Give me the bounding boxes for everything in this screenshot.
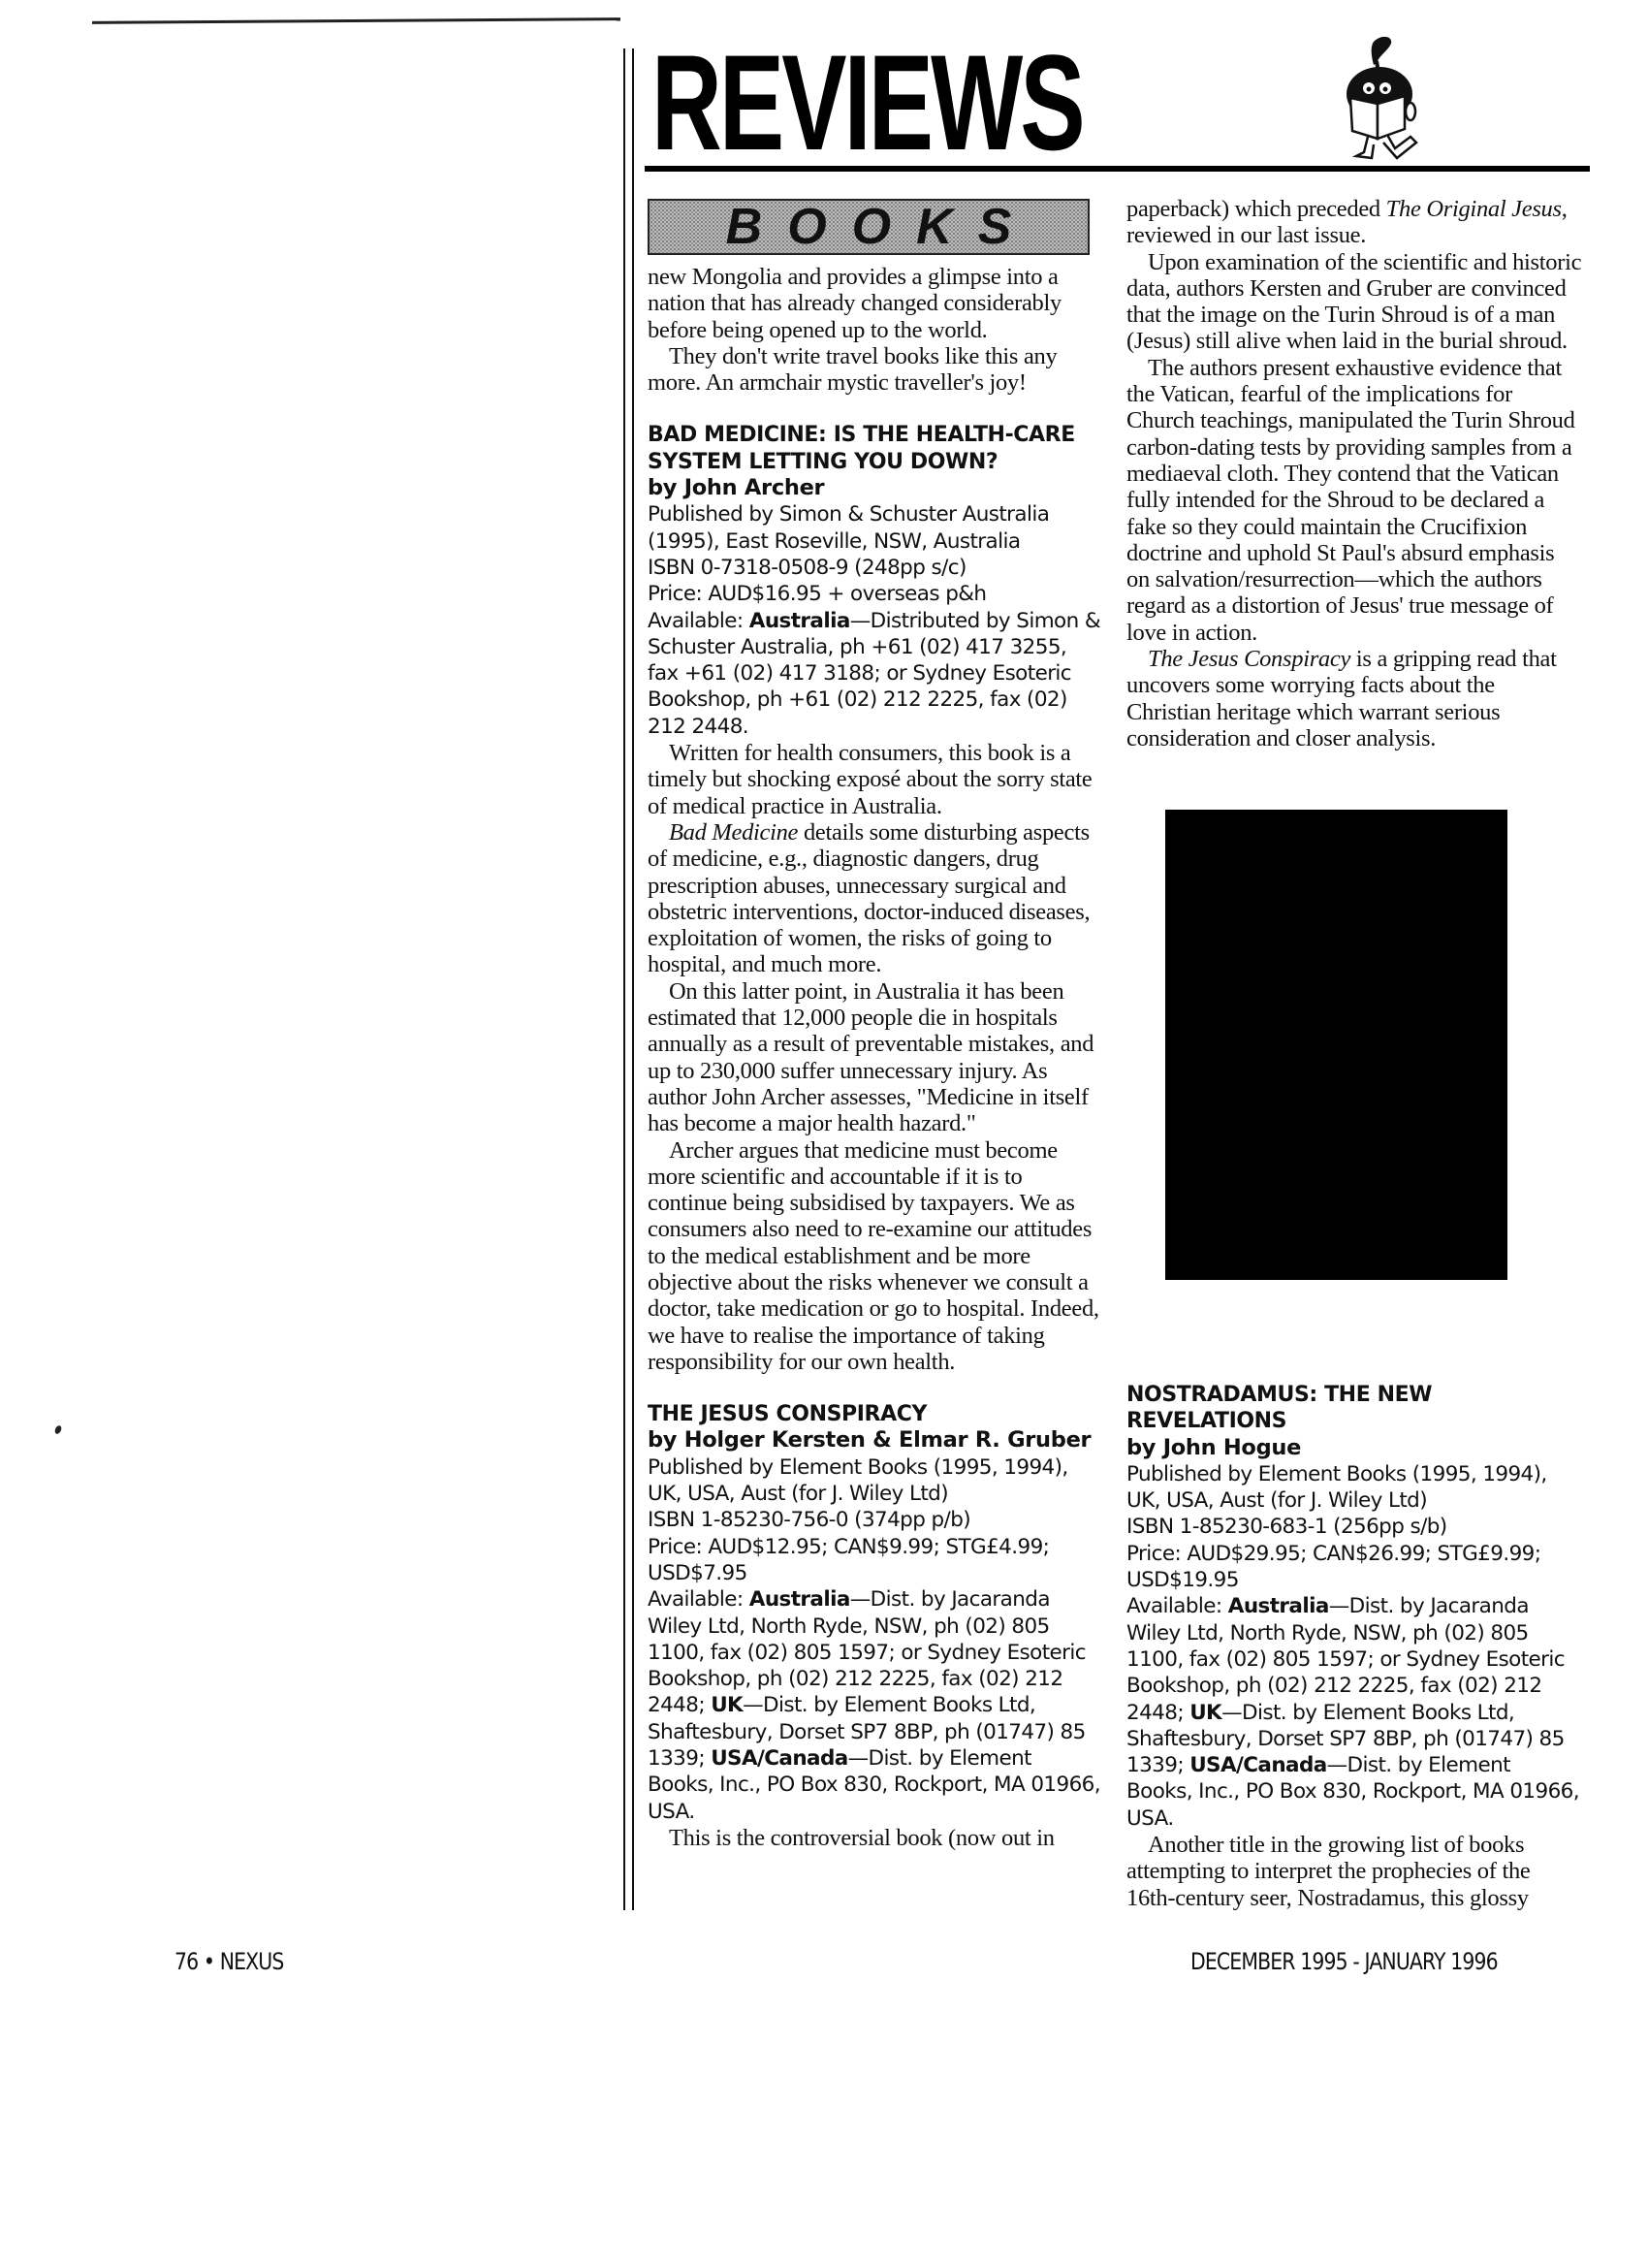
availability-region: Australia	[749, 609, 850, 633]
review-publisher: Published by Element Books (1995, 1994),…	[1126, 1461, 1582, 1515]
book-cover-image	[1165, 810, 1507, 1280]
column-rule-outer	[623, 48, 625, 1910]
book-title-italic: Bad Medicine	[669, 819, 798, 846]
review-author: by Holger Kersten & Elmar R. Gruber	[648, 1427, 1103, 1453]
review-price: Price: AUD$29.95; CAN$26.99; STG£9.99; U…	[1126, 1541, 1582, 1594]
review-paragraph: Upon examination of the scientific and h…	[1126, 249, 1582, 355]
scan-speck	[53, 1424, 62, 1435]
top-decorative-rule	[92, 17, 620, 24]
review-price: Price: AUD$12.95; CAN$9.99; STG£4.99; US…	[648, 1534, 1103, 1587]
continuation-paragraph: paperback) which preceded The Original J…	[1126, 196, 1582, 249]
review-paragraph: Another title in the growing list of boo…	[1126, 1832, 1582, 1911]
paragraph-text: paperback) which preceded	[1126, 196, 1386, 222]
review-paragraph: The Jesus Conspiracy is a gripping read …	[1126, 646, 1582, 751]
availability-region: Australia	[1228, 1594, 1329, 1618]
left-column: new Mongolia and provides a glimpse into…	[648, 264, 1103, 1851]
review-isbn: ISBN 1-85230-756-0 (374pp p/b)	[648, 1507, 1103, 1533]
review-author: by John Hogue	[1126, 1435, 1582, 1461]
book-title-italic: The Jesus Conspiracy	[1148, 646, 1350, 672]
section-title: REVIEWS	[651, 35, 1083, 171]
review-paragraph: Written for health consumers, this book …	[648, 740, 1103, 819]
review-availability: Available: Australia—Dist. by Jacaranda …	[648, 1586, 1103, 1825]
book-title-italic: The Original Jesus	[1386, 196, 1562, 222]
availability-region: USA/Canada	[1189, 1753, 1326, 1777]
availability-region: UK	[711, 1693, 743, 1717]
availability-region: Australia	[749, 1587, 850, 1612]
availability-label: Available:	[1126, 1594, 1228, 1618]
review-paragraph: Bad Medicine details some disturbing asp…	[648, 819, 1103, 978]
apple-reading-book-icon	[1323, 34, 1440, 165]
review-publisher: Published by Element Books (1995, 1994),…	[648, 1454, 1103, 1508]
review-title-jesus-conspiracy: THE JESUS CONSPIRACY	[648, 1401, 1103, 1427]
intro-paragraph: They don't write travel books like this …	[648, 343, 1103, 397]
availability-region: USA/Canada	[711, 1746, 847, 1771]
review-title-bad-medicine: BAD MEDICINE: IS THE HEALTH-CARE SYSTEM …	[648, 422, 1103, 475]
intro-paragraph: new Mongolia and provides a glimpse into…	[648, 264, 1103, 343]
right-column: paperback) which preceded The Original J…	[1126, 196, 1582, 751]
review-availability: Available: Australia—Dist. by Jacaranda …	[1126, 1593, 1582, 1832]
column-rule-inner	[632, 48, 634, 1910]
right-column-lower: NOSTRADAMUS: THE NEW REVELATIONS by John…	[1126, 1382, 1582, 1911]
review-paragraph: This is the controversial book (now out …	[648, 1825, 1103, 1851]
review-paragraph: The authors present exhaustive evidence …	[1126, 355, 1582, 646]
review-publisher: Published by Simon & Schuster Australia …	[648, 501, 1103, 555]
review-isbn: ISBN 0-7318-0508-9 (248pp s/c)	[648, 555, 1103, 581]
review-title-nostradamus: NOSTRADAMUS: THE NEW REVELATIONS	[1126, 1382, 1582, 1435]
review-isbn: ISBN 1-85230-683-1 (256pp s/b)	[1126, 1514, 1582, 1540]
books-banner-label: BOOKS	[726, 198, 1037, 256]
availability-label: Available:	[648, 609, 749, 633]
review-author: by John Archer	[648, 475, 1103, 501]
review-paragraph: Archer argues that medicine must become …	[648, 1137, 1103, 1376]
page-number-footer: 76 • NEXUS	[174, 1948, 283, 1975]
masthead-underline	[645, 166, 1590, 172]
issue-date-footer: DECEMBER 1995 - JANUARY 1996	[1190, 1948, 1498, 1975]
review-price: Price: AUD$16.95 + overseas p&h	[648, 581, 1103, 607]
review-paragraph: On this latter point, in Australia it ha…	[648, 978, 1103, 1137]
books-section-banner: BOOKS	[648, 199, 1090, 255]
availability-label: Available:	[648, 1587, 749, 1612]
availability-region: UK	[1189, 1701, 1221, 1725]
review-availability: Available: Australia—Distributed by Simo…	[648, 608, 1103, 740]
